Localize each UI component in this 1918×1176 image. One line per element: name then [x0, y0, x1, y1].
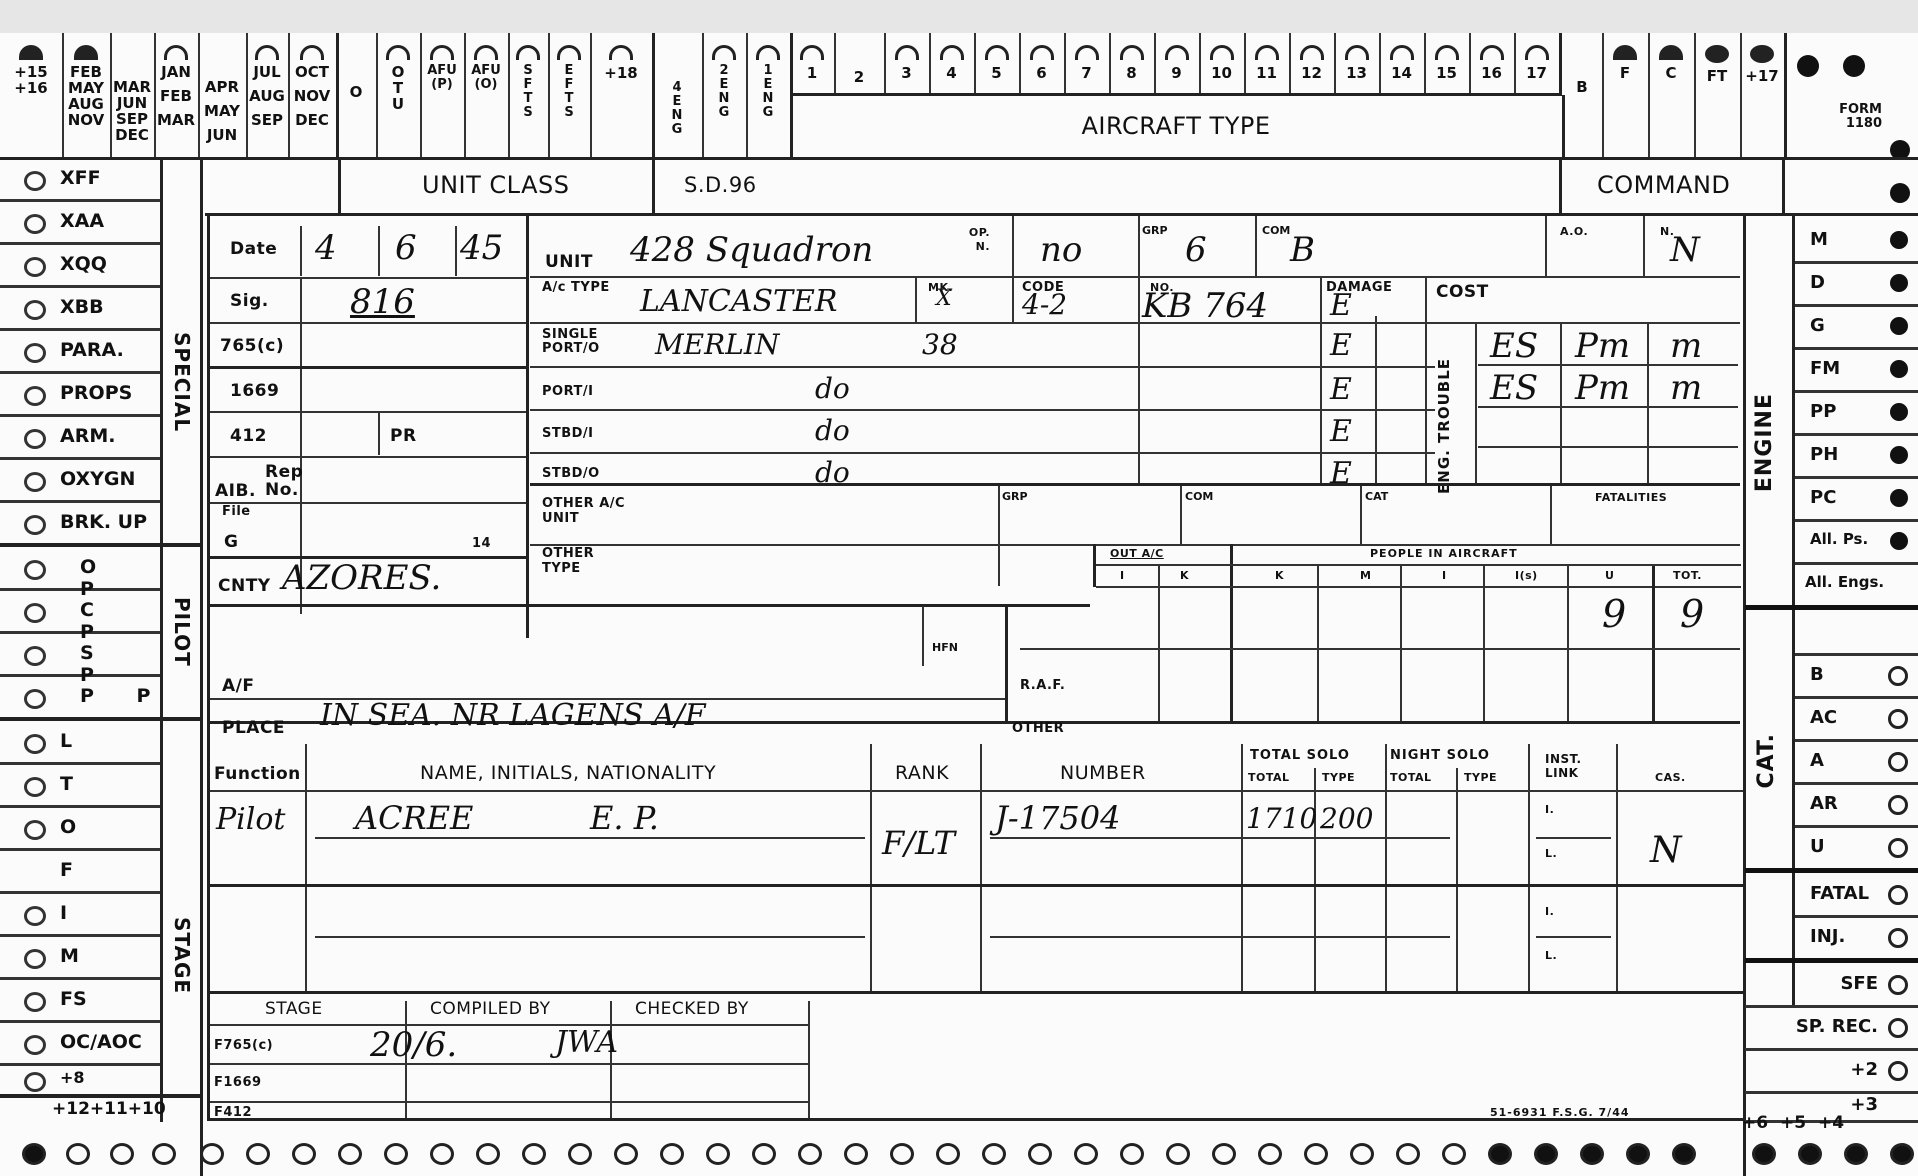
- punch-hole-icon: [22, 1143, 46, 1165]
- punch-hole-icon: [1442, 1143, 1466, 1165]
- punch-hole-icon: [568, 1143, 592, 1165]
- punch-hole-icon: [246, 1143, 270, 1165]
- punch-hole-icon: [660, 1143, 684, 1165]
- punch-hole-icon: [1752, 1143, 1776, 1165]
- punch-hole-icon: [936, 1143, 960, 1165]
- punch-hole-icon: [200, 1143, 224, 1165]
- punch-hole-icon: [1580, 1143, 1604, 1165]
- punch-hole-icon: [982, 1143, 1006, 1165]
- punch-hole-icon: [1844, 1143, 1868, 1165]
- punch-hole-icon: [614, 1143, 638, 1165]
- bottom-punch-holes: [0, 33, 1918, 1176]
- punch-hole-icon: [844, 1143, 868, 1165]
- punch-hole-icon: [1120, 1143, 1144, 1165]
- punch-hole-icon: [1890, 1143, 1914, 1165]
- accident-record-card: +15 +16 FEB MAY AUG NOV MAR JUN SEP DEC …: [0, 33, 1918, 1176]
- punch-hole-icon: [292, 1143, 316, 1165]
- punch-hole-icon: [1534, 1143, 1558, 1165]
- punch-hole-icon: [476, 1143, 500, 1165]
- punch-hole-icon: [1166, 1143, 1190, 1165]
- punch-hole-icon: [430, 1143, 454, 1165]
- punch-hole-icon: [798, 1143, 822, 1165]
- punch-hole-icon: [1212, 1143, 1236, 1165]
- punch-hole-icon: [1258, 1143, 1282, 1165]
- punch-hole-icon: [1626, 1143, 1650, 1165]
- punch-hole-icon: [1074, 1143, 1098, 1165]
- punch-hole-icon: [1304, 1143, 1328, 1165]
- punch-hole-icon: [66, 1143, 90, 1165]
- punch-hole-icon: [752, 1143, 776, 1165]
- punch-hole-icon: [1028, 1143, 1052, 1165]
- punch-hole-icon: [522, 1143, 546, 1165]
- punch-hole-icon: [1672, 1143, 1696, 1165]
- punch-hole-icon: [110, 1143, 134, 1165]
- punch-hole-icon: [1350, 1143, 1374, 1165]
- punch-hole-icon: [338, 1143, 362, 1165]
- punch-hole-icon: [1396, 1143, 1420, 1165]
- punch-hole-icon: [706, 1143, 730, 1165]
- punch-hole-icon: [1798, 1143, 1822, 1165]
- punch-hole-icon: [152, 1143, 176, 1165]
- punch-hole-icon: [890, 1143, 914, 1165]
- punch-hole-icon: [384, 1143, 408, 1165]
- punch-hole-icon: [1488, 1143, 1512, 1165]
